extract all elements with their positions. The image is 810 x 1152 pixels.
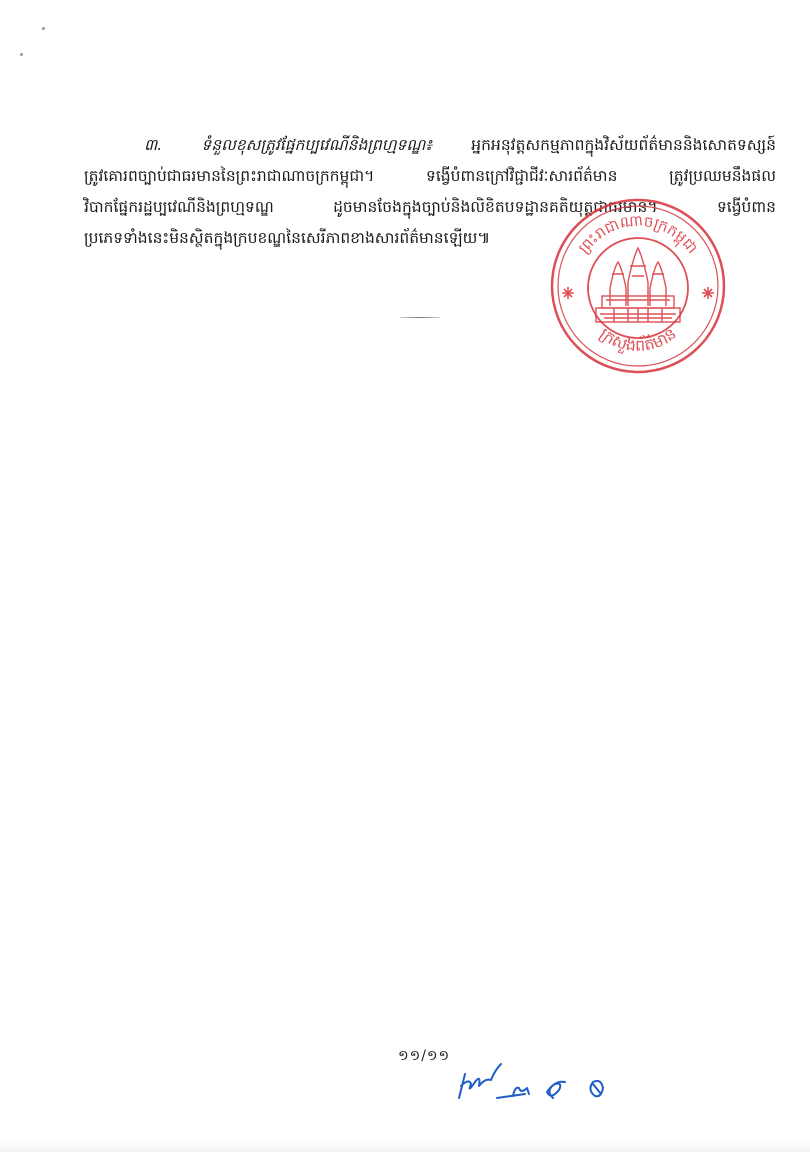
angkor-temple-icon	[596, 248, 680, 322]
ministry-seal-stamp: ព្រះរាជាណាចក្រកម្ពុជា ក្រសួងព័ត៌មាន	[548, 196, 728, 376]
asterisk-icon	[702, 287, 714, 299]
page-number: ១១/១១	[398, 1046, 450, 1067]
section-number: ៣.	[144, 136, 162, 154]
paragraph-line: ៣. ទំនួលខុសត្រូវផ្នែកប្បវេណីនិងព្រហ្មទណ្…	[84, 130, 776, 161]
section-heading: ទំនួលខុសត្រូវផ្នែកប្បវេណីនិងព្រហ្មទណ្ឌ៖	[201, 136, 432, 154]
svg-text:ព្រះរាជាណាចក្រកម្ពុជា: ព្រះរាជាណាចក្រកម្ពុជា	[575, 211, 702, 257]
scan-speck	[42, 27, 45, 30]
svg-text:ក្រសួងព័ត៌មាន: ក្រសួងព័ត៌មាន	[596, 324, 680, 356]
section-divider	[400, 317, 440, 318]
asterisk-icon	[562, 287, 574, 299]
stamp-bottom-text: ក្រសួងព័ត៌មាន	[596, 324, 680, 356]
paragraph-line: ត្រូវគោរពច្បាប់ជាធរមាននៃព្រះរាជាណាចក្រកម…	[84, 161, 776, 192]
handwritten-initials	[455, 1060, 625, 1105]
scan-edge	[0, 1140, 810, 1152]
scan-speck	[20, 53, 23, 56]
paragraph-line-text: អ្នកអនុវត្តសកម្មភាពក្នុងវិស័យព័ត៌មាននិងស…	[471, 136, 776, 154]
stamp-top-text: ព្រះរាជាណាចក្រកម្ពុជា	[575, 211, 702, 257]
